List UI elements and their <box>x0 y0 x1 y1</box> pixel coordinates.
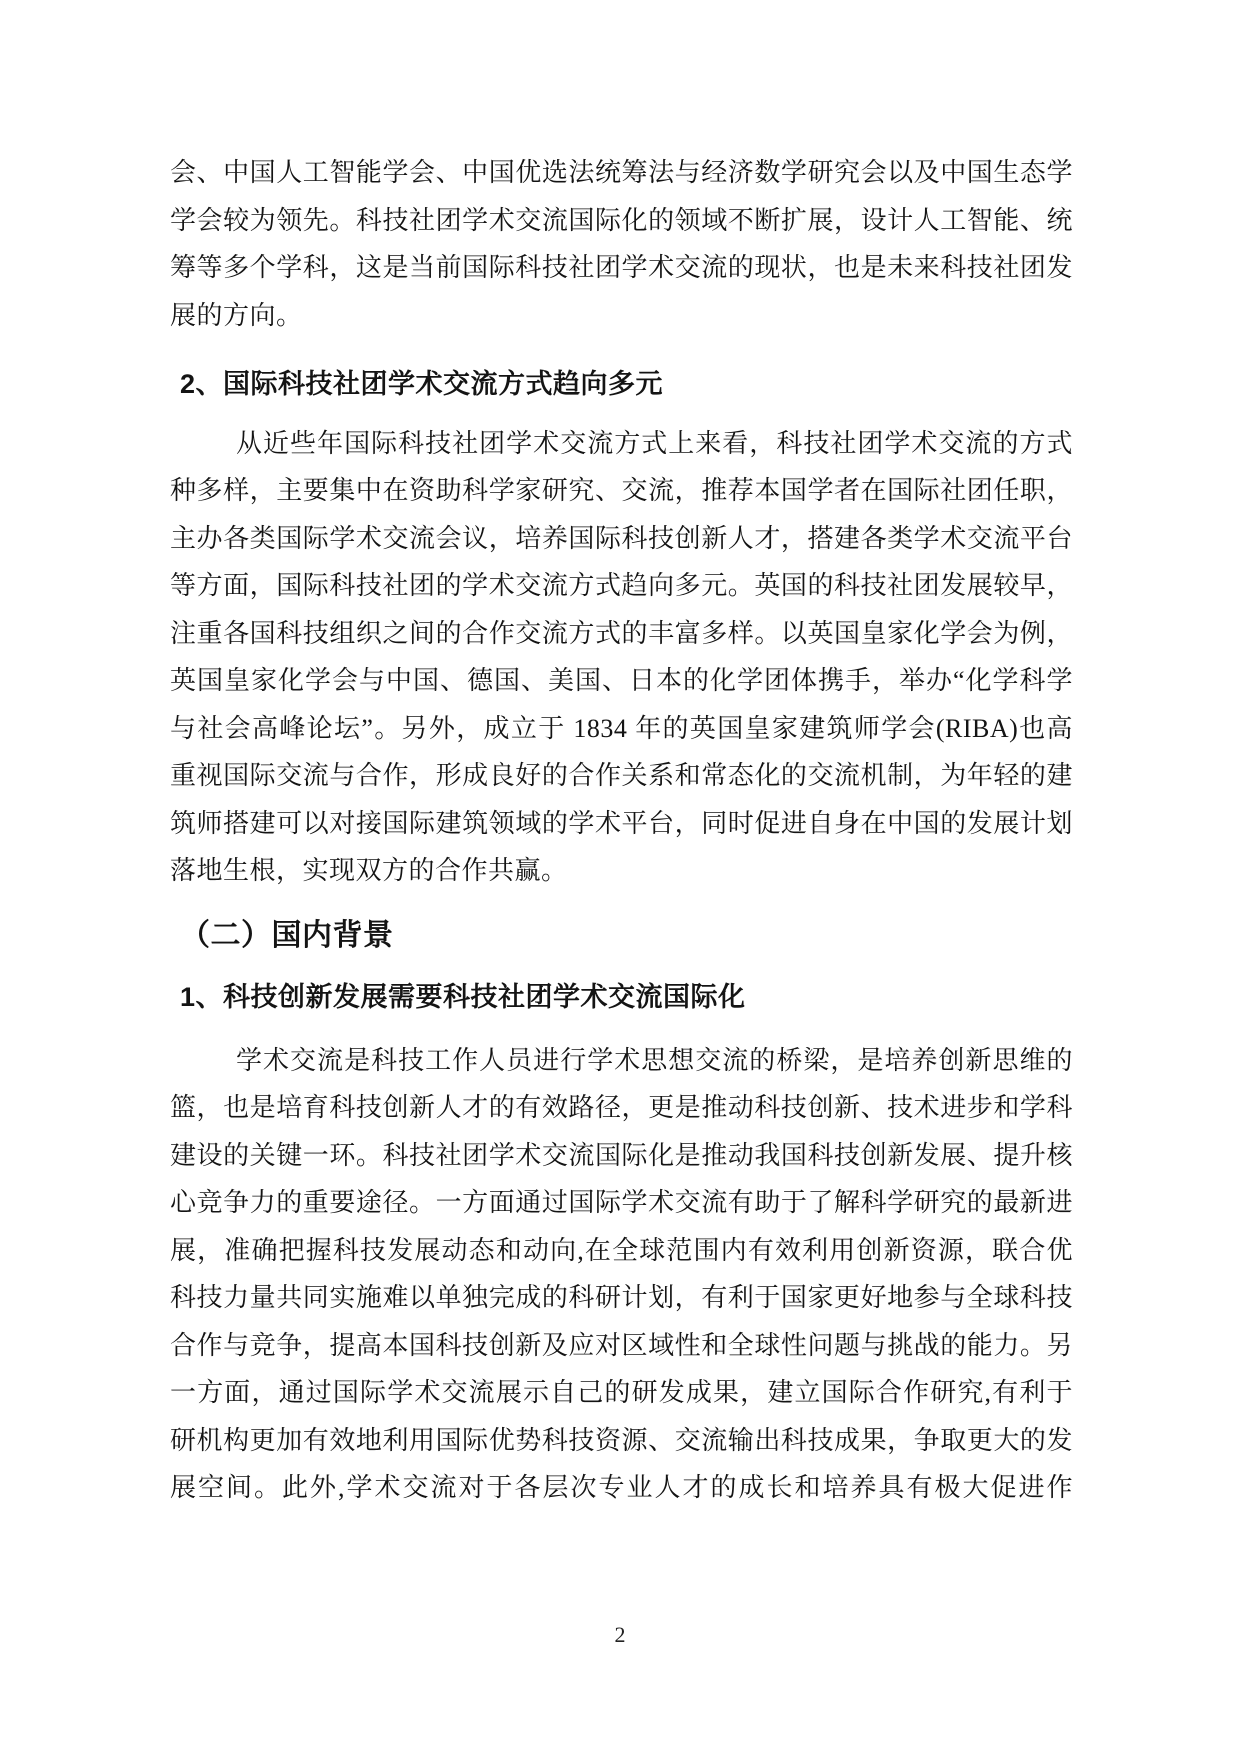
text-line: 会、中国人工智能学会、中国优选法统筹法与经济数学研究会以及中国生态学 <box>170 149 1073 197</box>
text-line: 筑师搭建可以对接国际建筑领域的学术平台，同时促进自身在中国的发展计划 <box>170 800 1073 848</box>
text-line: 落地生根，实现双方的合作共赢。 <box>170 847 1073 895</box>
paragraph-innovation: 学术交流是科技工作人员进行学术思想交流的桥梁，是培养创新思维的摇 篮，也是培育科… <box>170 1037 1073 1512</box>
text-line: 心竞争力的重要途径。一方面通过国际学术交流有助于了解科学研究的最新进 <box>170 1179 1073 1227</box>
text-line: 与社会高峰论坛”。另外，成立于 1834 年的英国皇家建筑师学会(RIBA)也高… <box>170 705 1073 753</box>
text-line: 篮，也是培育科技创新人才的有效路径，更是推动科技创新、技术进步和学科 <box>170 1084 1073 1132</box>
text-line: 科技力量共同实施难以单独完成的科研计划，有利于国家更好地参与全球科技 <box>170 1274 1073 1322</box>
text-line: 展，准确把握科技发展动态和动向,在全球范围内有效利用创新资源，联合优势 <box>170 1227 1073 1275</box>
text-line: 展空间。此外,学术交流对于各层次专业人才的成长和培养具有极大促进作用。， <box>170 1464 1073 1512</box>
paragraph-continued: 会、中国人工智能学会、中国优选法统筹法与经济数学研究会以及中国生态学 学会较为领… <box>170 149 1073 339</box>
section-heading-intl-exchange: 2、国际科技社团学术交流方式趋向多元 <box>170 361 1073 409</box>
text-line: 从近些年国际科技社团学术交流方式上来看，科技社团学术交流的方式多 <box>170 420 1073 468</box>
text-line: 学会较为领先。科技社团学术交流国际化的领域不断扩展，设计人工智能、统 <box>170 197 1073 245</box>
section-heading-innovation: 1、科技创新发展需要科技社团学术交流国际化 <box>170 974 1073 1022</box>
text-line: 注重各国科技组织之间的合作交流方式的丰富多样。以英国皇家化学会为例， <box>170 610 1073 658</box>
text-line: 主办各类国际学术交流会议，培养国际科技创新人才，搭建各类学术交流平台 <box>170 515 1073 563</box>
page-number: 2 <box>0 1620 1240 1650</box>
paragraph-intl-exchange: 从近些年国际科技社团学术交流方式上来看，科技社团学术交流的方式多 种多样，主要集… <box>170 420 1073 895</box>
text-line: 等方面，国际科技社团的学术交流方式趋向多元。英国的科技社团发展较早， <box>170 562 1073 610</box>
text-line: 合作与竞争，提高本国科技创新及应对区域性和全球性问题与挑战的能力。另 <box>170 1322 1073 1370</box>
chapter-heading-domestic-background: （二）国内背景 <box>170 910 1073 962</box>
text-line: 一方面，通过国际学术交流展示自己的研发成果，建立国际合作研究,有利于科 <box>170 1369 1073 1417</box>
text-line: 种多样，主要集中在资助科学家研究、交流，推荐本国学者在国际社团任职， <box>170 467 1073 515</box>
document-body: 会、中国人工智能学会、中国优选法统筹法与经济数学研究会以及中国生态学 学会较为领… <box>170 149 1073 1512</box>
text-line: 重视国际交流与合作，形成良好的合作关系和常态化的交流机制，为年轻的建 <box>170 752 1073 800</box>
text-line: 筹等多个学科，这是当前国际科技社团学术交流的现状，也是未来科技社团发 <box>170 244 1073 292</box>
text-line: 学术交流是科技工作人员进行学术思想交流的桥梁，是培养创新思维的摇 <box>170 1037 1073 1085</box>
text-line: 英国皇家化学会与中国、德国、美国、日本的化学团体携手，举办“化学科学 <box>170 657 1073 705</box>
text-line: 研机构更加有效地利用国际优势科技资源、交流输出科技成果，争取更大的发 <box>170 1417 1073 1465</box>
text-line: 展的方向。 <box>170 292 1073 340</box>
text-line: 建设的关键一环。科技社团学术交流国际化是推动我国科技创新发展、提升核 <box>170 1132 1073 1180</box>
document-page: 会、中国人工智能学会、中国优选法统筹法与经济数学研究会以及中国生态学 学会较为领… <box>0 0 1240 1753</box>
